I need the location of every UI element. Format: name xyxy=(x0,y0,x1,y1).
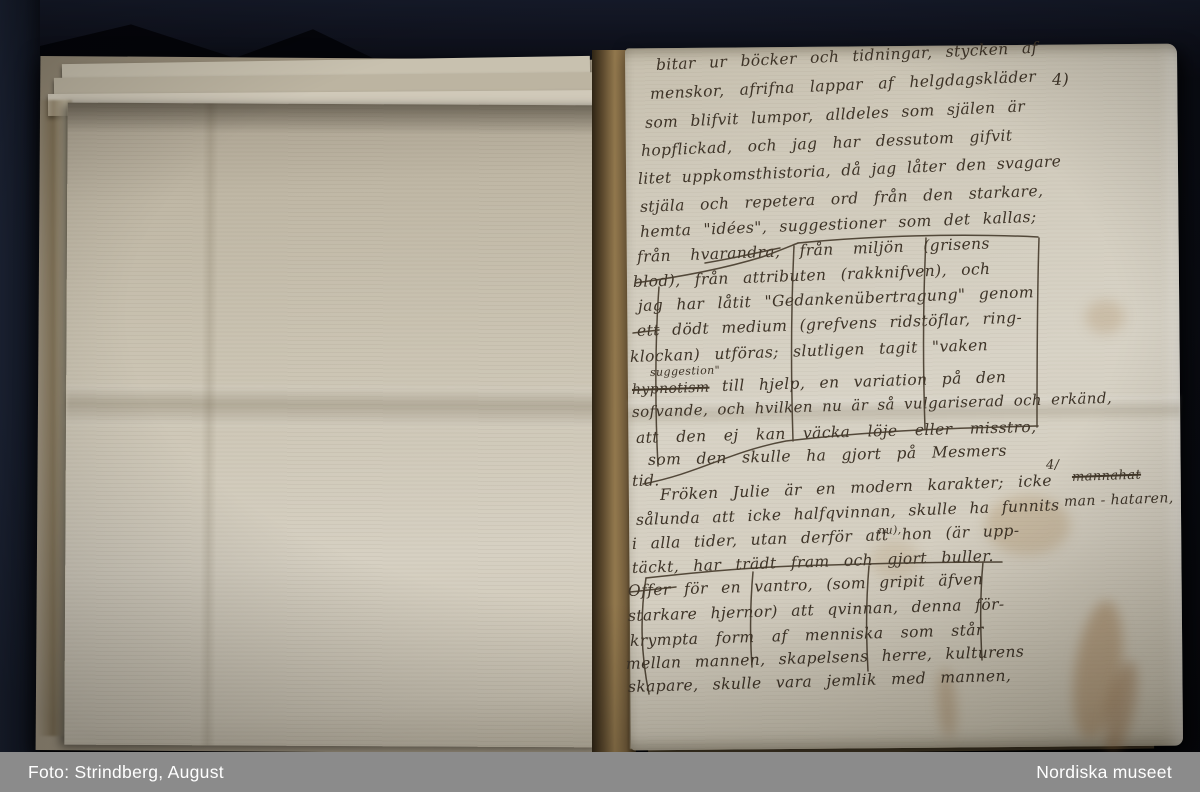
struck-word: hypnotism xyxy=(632,380,710,398)
background-left-edge xyxy=(0,0,40,752)
museum-photo: 4) bitar ur böcker och tidningar, stycke… xyxy=(0,0,1200,792)
margin-struck-word: mannahat xyxy=(1072,468,1142,485)
page-number: 4) xyxy=(1052,69,1070,89)
inserted-word: suggestion" xyxy=(650,364,720,379)
museum-credit: Nordiska museet xyxy=(1036,762,1172,783)
photographer-credit: Foto: Strindberg, August xyxy=(28,762,224,783)
paper-stain xyxy=(1085,300,1125,334)
manuscript-line: tid. xyxy=(632,471,660,490)
page-shadow xyxy=(68,103,606,136)
fold-crease xyxy=(199,103,218,745)
margin-mark: 4/ xyxy=(1046,458,1060,473)
fold-crease xyxy=(66,385,604,430)
blank-left-page xyxy=(64,103,605,748)
caption-bar: Foto: Strindberg, August Nordiska museet xyxy=(0,752,1200,792)
